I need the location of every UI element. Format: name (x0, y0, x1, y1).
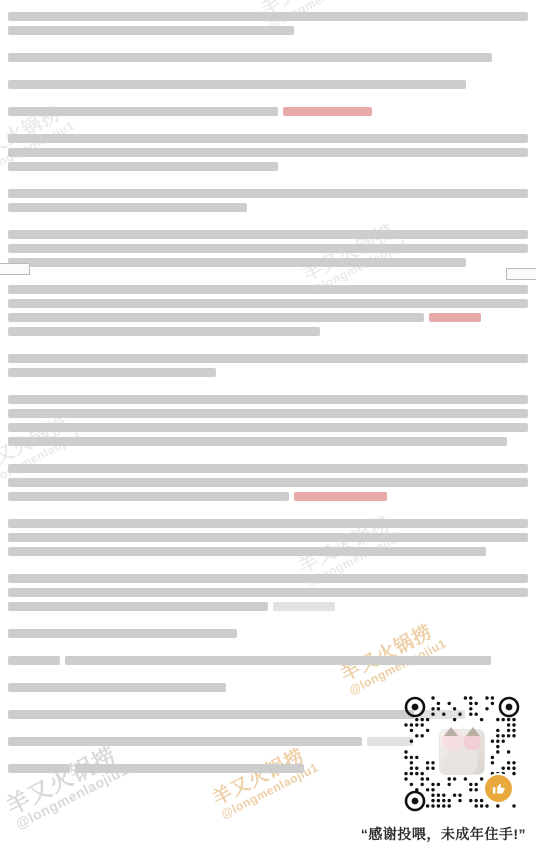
redacted-paragraph (8, 282, 528, 338)
redacted-paragraph (8, 186, 528, 214)
redacted-paragraph (8, 653, 528, 667)
footer-quote: “感谢投喂，未成年住手!” (361, 824, 526, 844)
cat-ear-icon (466, 727, 480, 736)
qr-code[interactable] (400, 692, 524, 816)
cat-ear-icon (444, 727, 458, 736)
redacted-paragraph (8, 571, 528, 613)
redacted-paragraph (8, 131, 528, 173)
redacted-paragraph (8, 392, 528, 448)
thumbs-up-icon (485, 775, 512, 802)
redacted-paragraph (8, 227, 528, 269)
document-page: 羊又火锅捞 @longmenlaojiu1 羊又火锅捞 @longmenlaoj… (0, 0, 536, 850)
redacted-paragraph (8, 50, 528, 64)
redacted-paragraph (8, 626, 528, 640)
redacted-paragraph (8, 351, 528, 379)
right-edge-tab[interactable] (506, 268, 536, 280)
redacted-paragraph (8, 516, 528, 558)
cat-photo (439, 729, 485, 775)
redacted-body-text (8, 9, 528, 790)
redacted-paragraph (8, 9, 528, 37)
redacted-paragraph (8, 77, 528, 91)
redacted-paragraph (8, 104, 528, 118)
redacted-paragraph (8, 461, 528, 503)
left-edge-tab[interactable] (0, 263, 30, 275)
